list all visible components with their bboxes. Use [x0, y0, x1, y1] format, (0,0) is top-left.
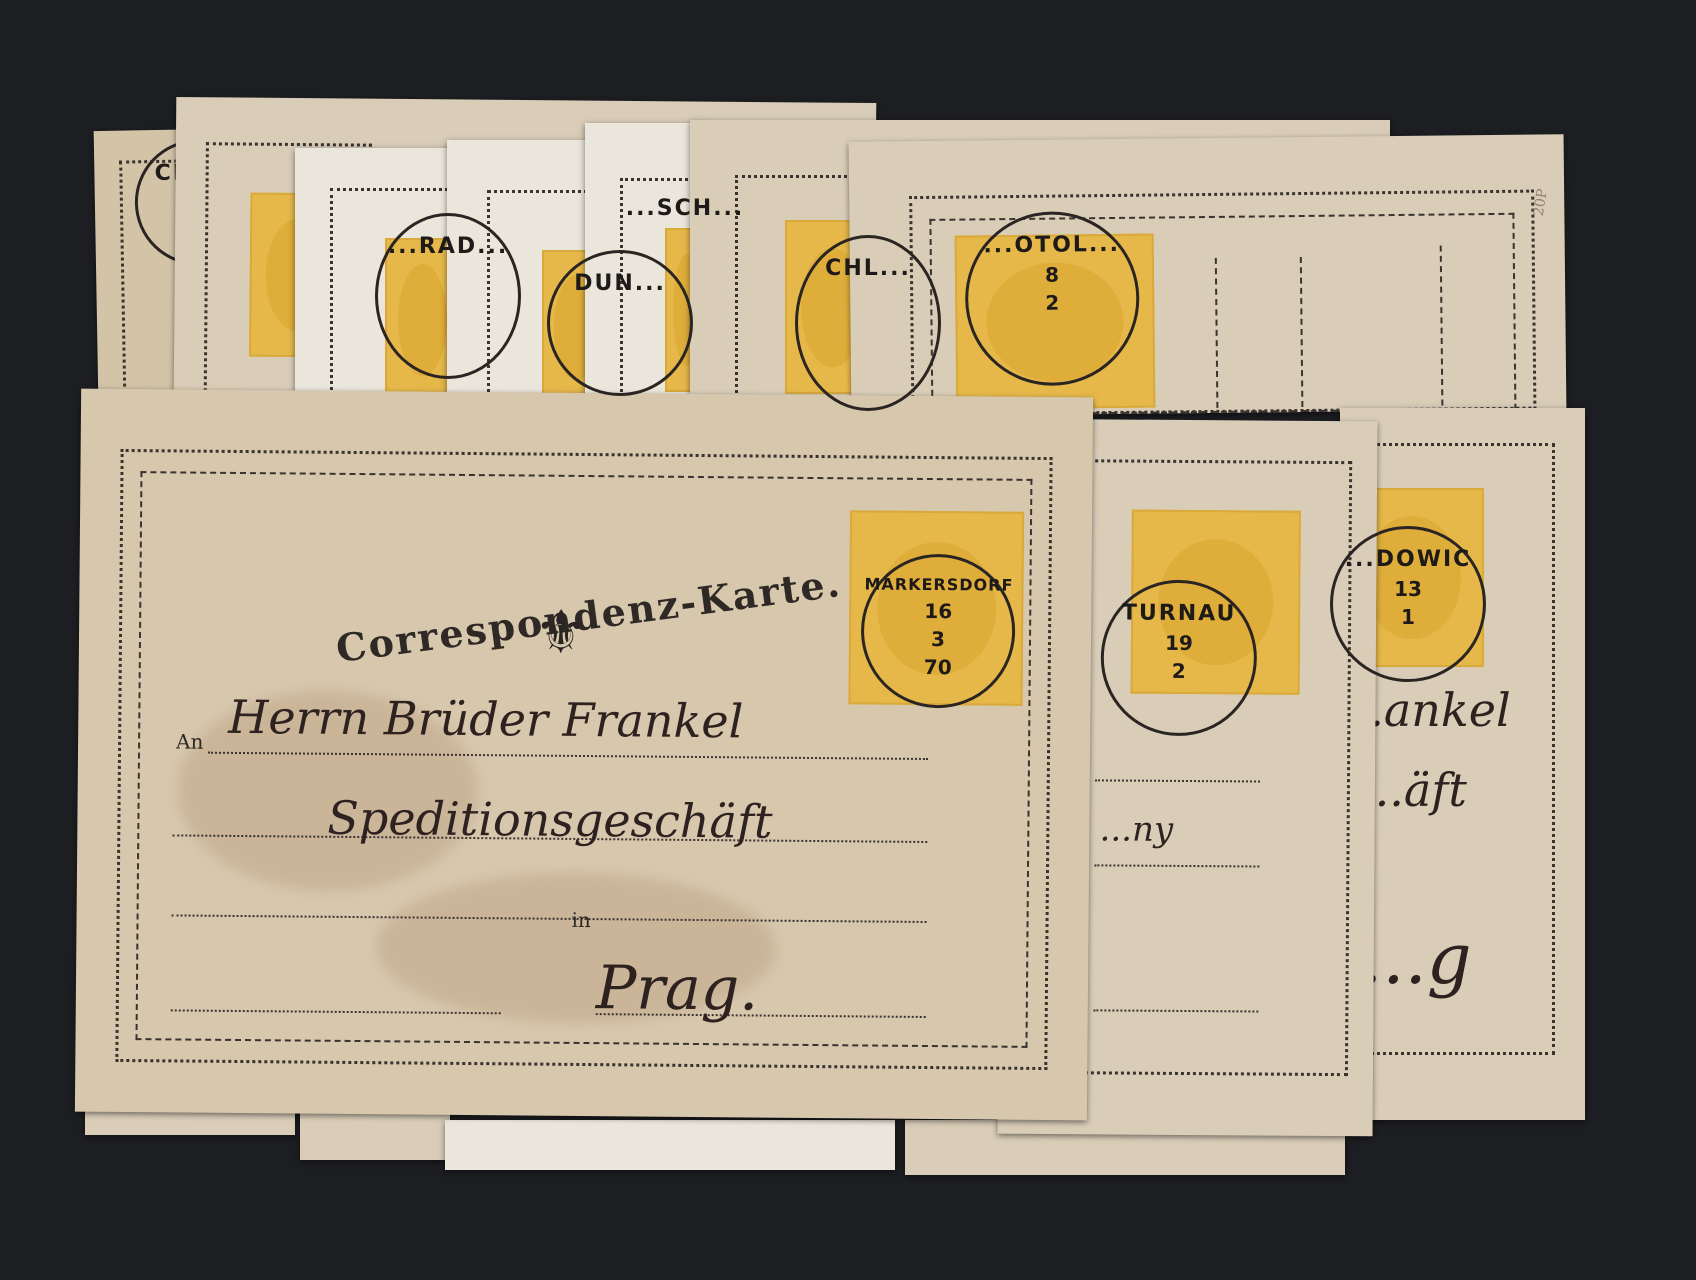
- pencil-note: 20P: [1531, 188, 1551, 217]
- postmark-cancel: TURNAU 19 2: [1100, 579, 1257, 736]
- handwritten-address-line: ...ny: [1099, 809, 1173, 850]
- address-label-an: An: [176, 729, 204, 753]
- handwritten-city: Prag.: [596, 953, 759, 1024]
- handwritten-addressee: Herrn Brüder Frankel: [228, 690, 743, 748]
- handwritten-address-line: ...g: [1360, 918, 1472, 1000]
- postmark-cancel: CHL...: [795, 235, 941, 411]
- postcard-edge: [445, 1120, 895, 1170]
- handwritten-business: Speditionsgeschäft: [327, 791, 773, 849]
- postcard-edge: [300, 1110, 450, 1160]
- postmark-cancel: ...SCH...: [625, 178, 745, 308]
- address-label-in: in: [571, 908, 590, 932]
- postmark-cancel: ...RAD...: [375, 213, 521, 379]
- postcard-back-3: ...RAD...: [295, 148, 455, 403]
- postmark-cancel: MARKERSDORF 16 3 70: [860, 553, 1015, 708]
- handwritten-address-line: ...äft: [1360, 763, 1467, 817]
- postmark-cancel: ...DOWIC 13 1: [1330, 526, 1486, 682]
- double-headed-eagle-emblem: ⚜: [534, 598, 588, 668]
- postmark-cancel: ...OTOL... 8 2: [964, 211, 1140, 387]
- postcard-back-7: ...OTOL... 8 2 20P: [849, 134, 1567, 416]
- postcard-main: MARKERSDORF 16 3 70 Correspondenz-Karte.…: [75, 389, 1093, 1121]
